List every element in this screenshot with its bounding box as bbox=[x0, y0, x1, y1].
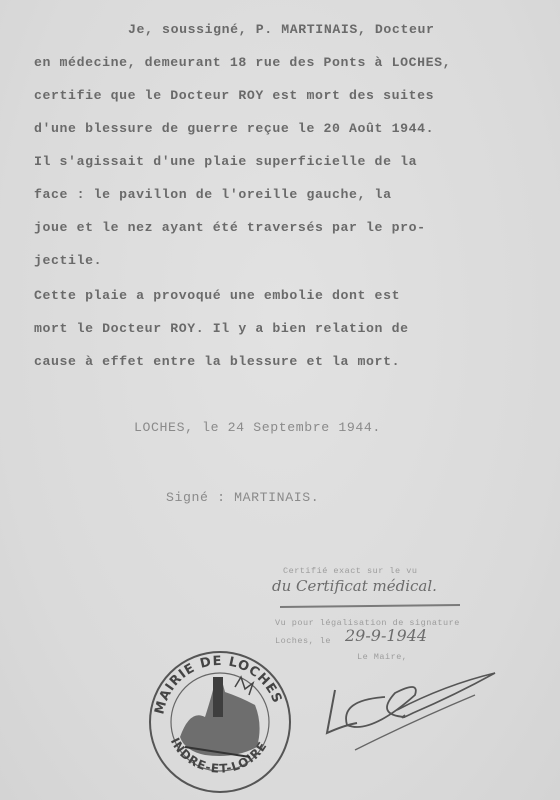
mairie-seal-icon: MAIRIE DE LOCHES INDRE-ET-LOIRE bbox=[145, 647, 295, 797]
divider-rule bbox=[280, 604, 460, 607]
signed-line: Signé : MARTINAIS. bbox=[166, 490, 319, 505]
body-line-6: face : le pavillon de l'oreille gauche, … bbox=[34, 187, 392, 202]
date-prefix: Loches, le bbox=[275, 636, 331, 646]
body-line-9: Cette plaie a provoqué une embolie dont … bbox=[34, 288, 400, 303]
body-line-3: certifie que le Docteur ROY est mort des… bbox=[34, 88, 434, 103]
body-line-7: joue et le nez ayant été traversés par l… bbox=[34, 220, 426, 235]
body-line-10: mort le Docteur ROY. Il y a bien relatio… bbox=[34, 321, 409, 336]
body-line-2: en médecine, demeurant 18 rue des Ponts … bbox=[34, 55, 451, 70]
certified-stamp-line: Certifié exact sur le vu bbox=[283, 566, 417, 576]
place-date: LOCHES, le 24 Septembre 1944. bbox=[134, 420, 381, 435]
body-line-8: jectile. bbox=[34, 253, 102, 268]
body-line-11: cause à effet entre la blessure et la mo… bbox=[34, 354, 400, 369]
handwritten-certificat-medical: du Certificat médical. bbox=[272, 577, 437, 595]
document-page: Je, soussigné, P. MARTINAIS, Docteur en … bbox=[0, 0, 560, 800]
body-line-4: d'une blessure de guerre reçue le 20 Aoû… bbox=[34, 121, 434, 136]
handwritten-date: 29-9-1944 bbox=[345, 626, 427, 645]
body-line-5: Il s'agissait d'une plaie superficielle … bbox=[34, 154, 417, 169]
body-line-1: Je, soussigné, P. MARTINAIS, Docteur bbox=[128, 22, 435, 37]
mayor-signature-icon bbox=[325, 655, 505, 755]
